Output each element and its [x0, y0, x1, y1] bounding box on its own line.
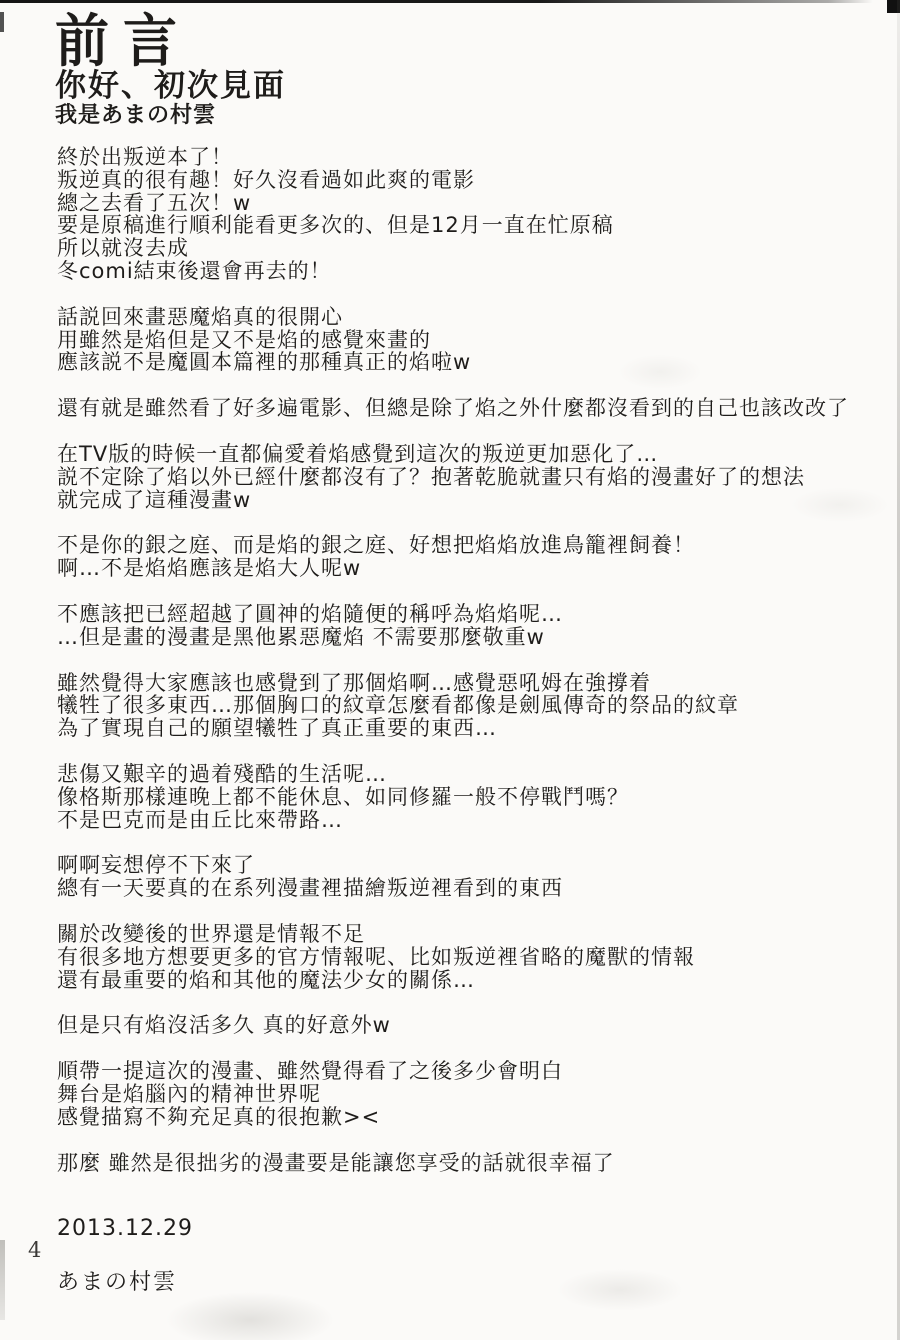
- text-line: 為了實現自己的願望犧牲了真正重要的東西…: [57, 717, 877, 740]
- text-line: 所以就沒去成: [57, 237, 877, 260]
- text-line: 還有就是雖然看了好多遍電影、但總是除了焰之外什麼都沒看到的自己也該改改了: [57, 397, 877, 420]
- text-line: 像格斯那樣連晚上都不能休息、如同修羅一般不停戰鬥嗎？: [57, 786, 877, 809]
- text-line: 就完成了這種漫畫w: [57, 489, 877, 512]
- text-line: 冬comi結束後還會再去的！: [57, 260, 877, 283]
- scan-artifact-left-mark: [0, 12, 4, 32]
- heading-block: 前言 你好、初次見面 我是あまの村雲: [55, 10, 855, 127]
- text-line: 總有一天要真的在系列漫畫裡描繪叛逆裡看到的東西: [57, 877, 877, 900]
- text-line: 啊…不是焰焰應該是焰大人呢w: [57, 557, 877, 580]
- paragraph: 順帶一提這次的漫畫、雖然覺得看了之後多少會明白舞台是焰腦內的精神世界呢感覺描寫不…: [57, 1060, 877, 1128]
- paragraph: 那麼 雖然是很拙劣的漫畫要是能讓您享受的話就很幸福了: [57, 1152, 877, 1175]
- paragraph: 啊啊妄想停不下來了總有一天要真的在系列漫畫裡描繪叛逆裡看到的東西: [57, 854, 877, 900]
- scan-artifact-left-shadow: [0, 1240, 5, 1320]
- body-text: 終於出叛逆本了！叛逆真的很有趣！好久沒看過如此爽的電影總之去看了五次！w要是原稿…: [57, 146, 877, 1296]
- text-line: 話説回來畫惡魔焰真的很開心: [57, 306, 877, 329]
- text-line: 犧牲了很多東西…那個胸口的紋章怎麼看都像是劍風傳奇的祭品的紋章: [57, 694, 877, 717]
- text-line: 要是原稿進行順利能看更多次的、但是12月一直在忙原稿: [57, 214, 877, 237]
- scan-artifact-top-edge: [0, 0, 900, 3]
- text-line: 還有最重要的焰和其他的魔法少女的關係…: [57, 969, 877, 992]
- date-line: 2013.12.29: [57, 1216, 877, 1241]
- paragraph: 悲傷又艱辛的過着殘酷的生活呢…像格斯那樣連晚上都不能休息、如同修羅一般不停戰鬥嗎…: [57, 763, 877, 831]
- scanned-document-page: 前言 你好、初次見面 我是あまの村雲 終於出叛逆本了！叛逆真的很有趣！好久沒看過…: [0, 0, 900, 1340]
- text-line: 不應該把已經超越了圓神的焰隨便的稱呼為焰焰呢…: [57, 603, 877, 626]
- page-title: 前言: [55, 10, 855, 72]
- author-intro: 我是あまの村雲: [55, 105, 855, 127]
- text-line: 應該説不是魔圓本篇裡的那種真正的焰啦w: [57, 351, 877, 374]
- paragraph: 終於出叛逆本了！叛逆真的很有趣！好久沒看過如此爽的電影總之去看了五次！w要是原稿…: [57, 146, 877, 283]
- text-line: 雖然覺得大家應該也感覺到了那個焰啊…感覺惡吼姆在強撐着: [57, 672, 877, 695]
- page-number: 4: [28, 1238, 41, 1262]
- text-line: 在TV版的時候一直都偏愛着焰感覺到這次的叛逆更加惡化了…: [57, 443, 877, 466]
- text-line: 終於出叛逆本了！: [57, 146, 877, 169]
- text-line: 用雖然是焰但是又不是焰的感覺來畫的: [57, 329, 877, 352]
- text-line: 舞台是焰腦內的精神世界呢: [57, 1083, 877, 1106]
- text-line: 但是只有焰沒活多久 真的好意外w: [57, 1014, 877, 1037]
- text-line: 總之去看了五次！w: [57, 192, 877, 215]
- text-line: 關於改變後的世界還是情報不足: [57, 923, 877, 946]
- text-line: 順帶一提這次的漫畫、雖然覺得看了之後多少會明白: [57, 1060, 877, 1083]
- paragraph: 還有就是雖然看了好多遍電影、但總是除了焰之外什麼都沒看到的自己也該改改了: [57, 397, 877, 420]
- text-line: …但是畫的漫畫是黑他累惡魔焰 不需要那麼敬重w: [57, 626, 877, 649]
- text-line: 悲傷又艱辛的過着殘酷的生活呢…: [57, 763, 877, 786]
- paragraph: 不是你的銀之庭、而是焰的銀之庭、好想把焰焰放進鳥籠裡飼養！啊…不是焰焰應該是焰大…: [57, 534, 877, 580]
- signature: あまの村雲: [57, 1265, 877, 1296]
- text-line: 啊啊妄想停不下來了: [57, 854, 877, 877]
- text-line: 説不定除了焰以外已經什麼都沒有了？抱著乾脆就畫只有焰的漫畫好了的想法: [57, 466, 877, 489]
- paragraph: 關於改變後的世界還是情報不足有很多地方想要更多的官方情報呢、比如叛逆裡省略的魔獸…: [57, 923, 877, 991]
- page-subtitle: 你好、初次見面: [55, 71, 855, 102]
- text-line: 感覺描寫不夠充足真的很抱歉><: [57, 1106, 877, 1129]
- paragraph: 但是只有焰沒活多久 真的好意外w: [57, 1014, 877, 1037]
- paragraph: 在TV版的時候一直都偏愛着焰感覺到這次的叛逆更加惡化了…説不定除了焰以外已經什麼…: [57, 443, 877, 511]
- paragraph: 話説回來畫惡魔焰真的很開心用雖然是焰但是又不是焰的感覺來畫的應該説不是魔圓本篇裡…: [57, 306, 877, 374]
- text-line: 不是你的銀之庭、而是焰的銀之庭、好想把焰焰放進鳥籠裡飼養！: [57, 534, 877, 557]
- text-line: 那麼 雖然是很拙劣的漫畫要是能讓您享受的話就很幸福了: [57, 1152, 877, 1175]
- text-line: 有很多地方想要更多的官方情報呢、比如叛逆裡省略的魔獸的情報: [57, 946, 877, 969]
- paragraph: 雖然覺得大家應該也感覺到了那個焰啊…感覺惡吼姆在強撐着犧牲了很多東西…那個胸口的…: [57, 672, 877, 740]
- paragraph: 不應該把已經超越了圓神的焰隨便的稱呼為焰焰呢……但是畫的漫畫是黑他累惡魔焰 不需…: [57, 603, 877, 649]
- text-line: 不是巴克而是由丘比來帶路…: [57, 809, 877, 832]
- text-line: 叛逆真的很有趣！好久沒看過如此爽的電影: [57, 169, 877, 192]
